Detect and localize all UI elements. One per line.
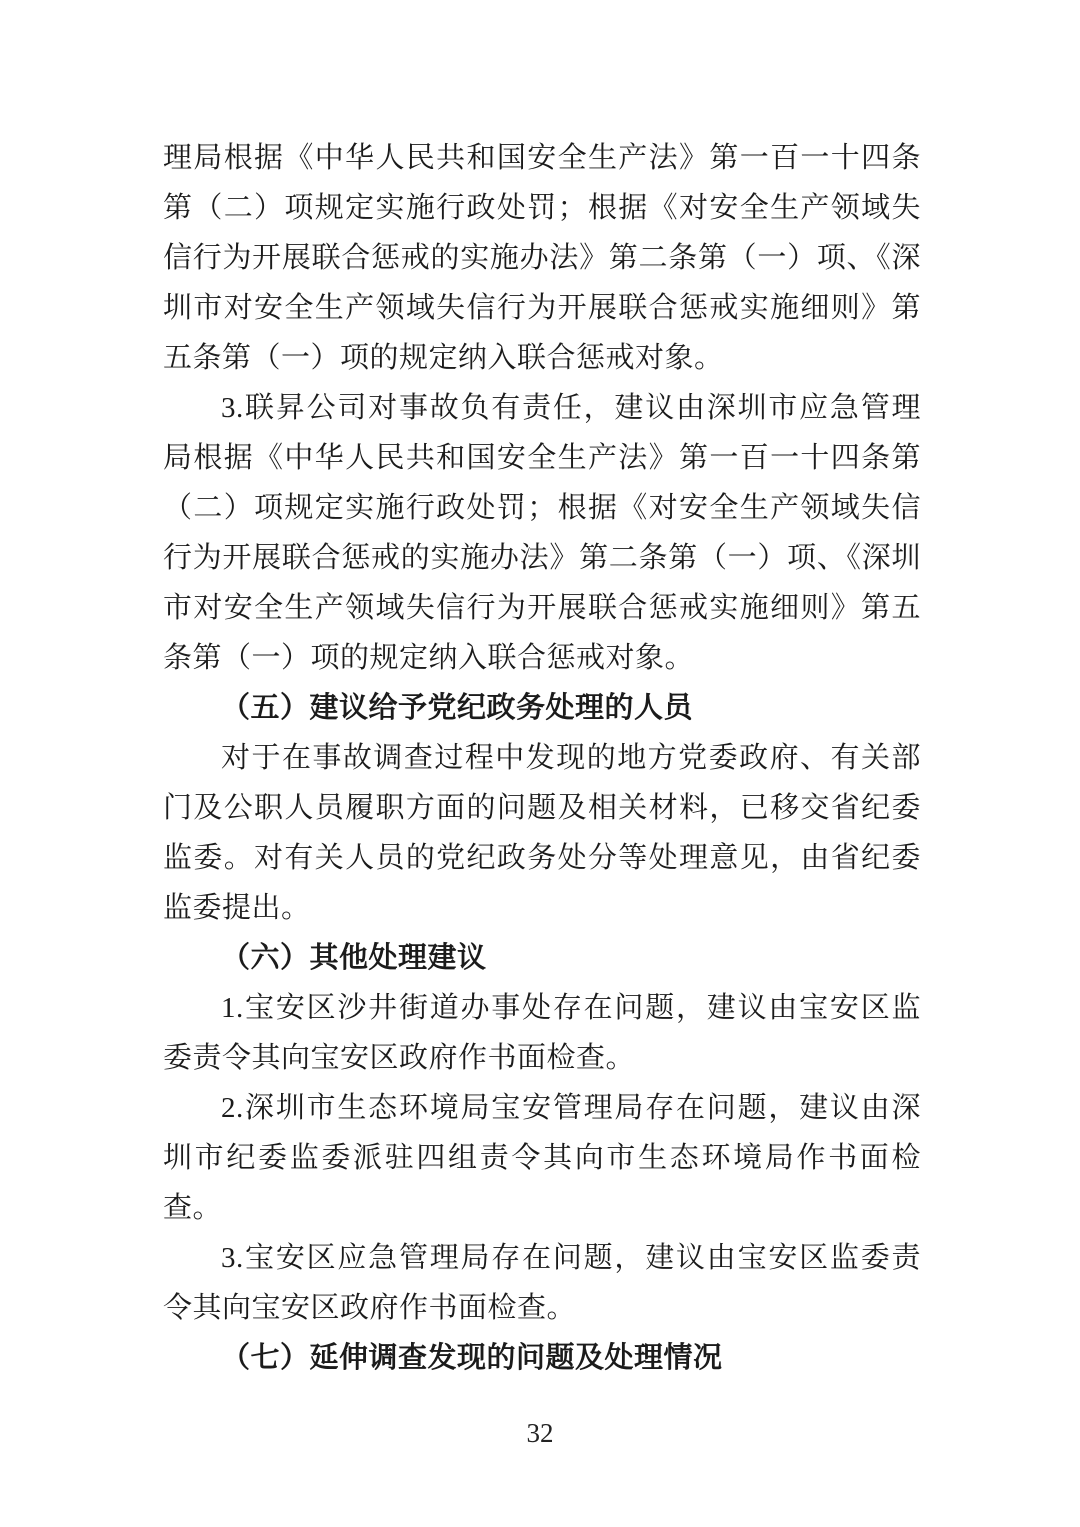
section-heading-5: （五）建议给予党纪政务处理的人员 [163,683,921,733]
paragraph-continuation: 理局根据《中华人民共和国安全生产法》第一百一十四条第（二）项规定实施行政处罚；根… [163,133,921,383]
paragraph: 3.宝安区应急管理局存在问题，建议由宝安区监委责令其向宝安区政府作书面检查。 [163,1233,921,1333]
page-number: 32 [0,1415,1080,1451]
paragraph: 2.深圳市生态环境局宝安管理局存在问题，建议由深圳市纪委监委派驻四组责令其向市生… [163,1083,921,1233]
document-body: 理局根据《中华人民共和国安全生产法》第一百一十四条第（二）项规定实施行政处罚；根… [163,133,921,1383]
section-heading-7: （七）延伸调查发现的问题及处理情况 [163,1333,921,1383]
paragraph: 1.宝安区沙井街道办事处存在问题，建议由宝安区监委责令其向宝安区政府作书面检查。 [163,983,921,1083]
document-page: 理局根据《中华人民共和国安全生产法》第一百一十四条第（二）项规定实施行政处罚；根… [0,0,1080,1527]
section-heading-6: （六）其他处理建议 [163,933,921,983]
paragraph: 对于在事故调查过程中发现的地方党委政府、有关部门及公职人员履职方面的问题及相关材… [163,733,921,933]
paragraph: 3.联昇公司对事故负有责任，建议由深圳市应急管理局根据《中华人民共和国安全生产法… [163,383,921,683]
